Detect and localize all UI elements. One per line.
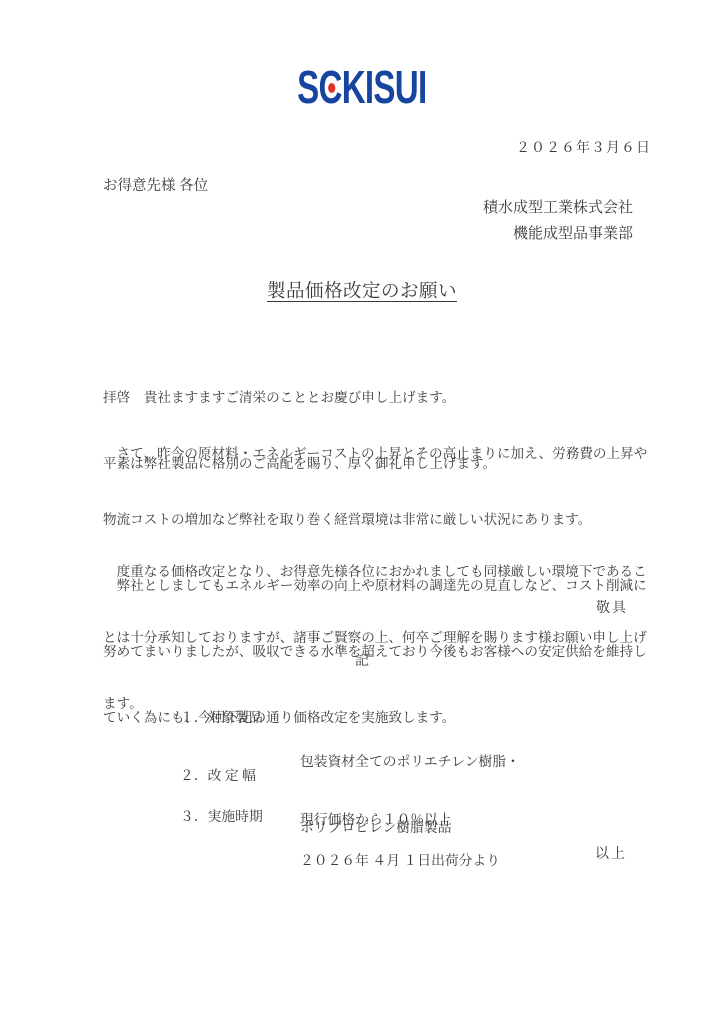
sender-block: 積水成型工業株式会社 機能成型品事業部 (483, 195, 633, 247)
sender-company: 積水成型工業株式会社 (483, 195, 633, 221)
sekisui-logo-text: SCKISUI (297, 64, 426, 110)
logo-letter-s: S (297, 61, 318, 113)
item-label: 改 定 幅 (208, 768, 256, 783)
item-head: ２．改 定 幅 (180, 765, 256, 787)
notice-item-timing: ３．実施時期 ２０２６年 ４月 １日出荷分より (180, 806, 194, 894)
paragraph-line: とは十分承知しておりますが、諸事ご賢察の上、何卒ご理解を賜ります様お願い申し上げ (103, 627, 663, 649)
item-value: ２０２６年 ４月 １日出荷分より (300, 806, 500, 916)
sekisui-logo: SCKISUI (0, 64, 724, 110)
item-number: ２． (180, 768, 208, 783)
letter-date: ２０２６年３月６日 (516, 137, 651, 157)
logo-stylized-e: C (319, 64, 342, 110)
notice-heading: 記 (0, 650, 724, 670)
closing-keigu: 敬具 (596, 597, 628, 617)
sender-department: 機能成型品事業部 (483, 221, 633, 247)
item-number: ３． (180, 809, 208, 824)
recipient: お得意先様 各位 (103, 174, 208, 195)
paragraph-line: さて、昨今の原材料・エネルギーコストの上昇とその高止まりに加え、労務費の上昇や (103, 443, 663, 465)
paragraph-line: 度重なる価格改定となり、お得意先様各位におかれましても同様厳しい環境下であるこ (103, 561, 663, 583)
document-title-text: 製品価格改定のお願い (267, 282, 457, 302)
item-label: 実施時期 (208, 809, 263, 824)
letter-page: SCKISUI ２０２６年３月６日 お得意先様 各位 積水成型工業株式会社 機能… (0, 0, 724, 1024)
item-number: １． (180, 710, 208, 725)
closing-ijou: 以上 (595, 843, 627, 863)
item-head: １．対象製品 (180, 707, 263, 729)
logo-letters-kisui: KISUI (342, 61, 427, 113)
item-head: ３．実施時期 (180, 806, 263, 828)
item-value-line: ２０２６年 ４月 １日出荷分より (300, 850, 500, 872)
document-title: 製品価格改定のお願い (0, 277, 724, 303)
item-label: 対象製品 (208, 710, 263, 725)
